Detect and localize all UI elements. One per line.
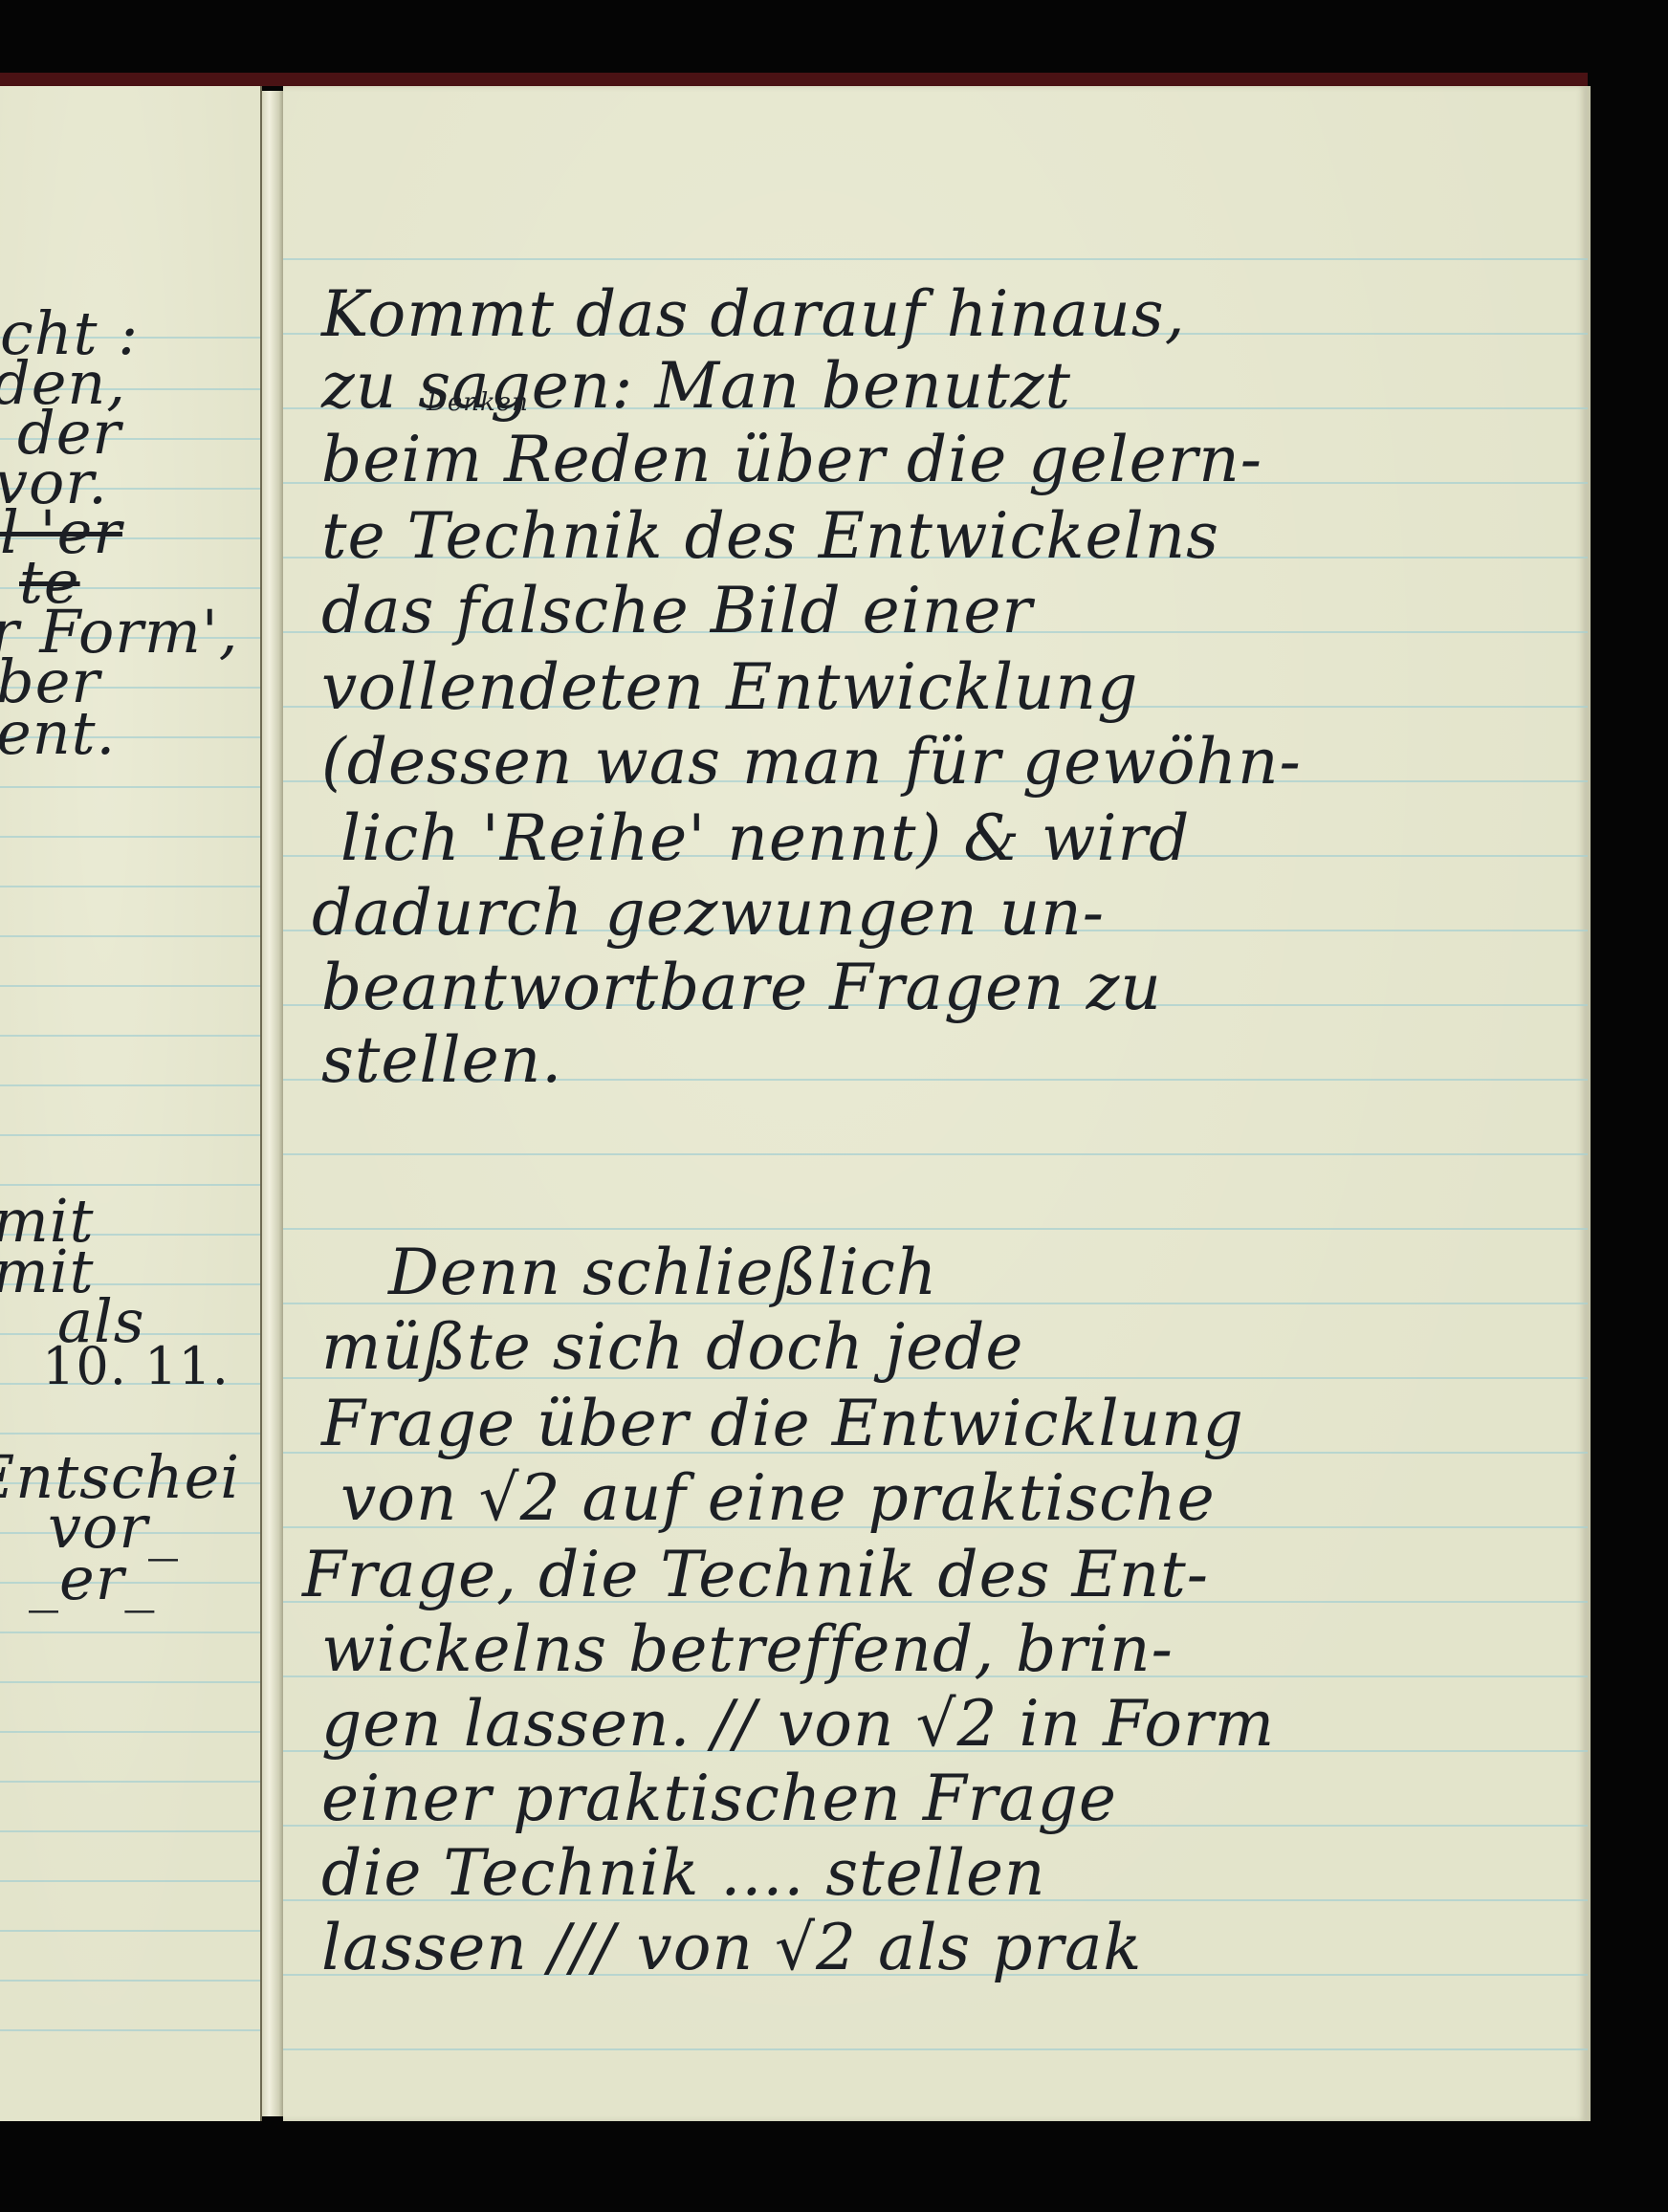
- handwritten-line: (dessen was man für gewöhn-: [321, 725, 1302, 799]
- ruled-line: [0, 1681, 260, 1683]
- handwritten-line: Frage über die Entwicklung: [321, 1387, 1244, 1460]
- ruled-line: [0, 2029, 260, 2031]
- ruled-line: [0, 1134, 260, 1136]
- ruled-line: [0, 1930, 260, 1932]
- handwritten-line: zu sagen: Man benutzt: [321, 349, 1071, 423]
- ruled-line: [0, 1433, 260, 1435]
- ruled-line: [0, 1880, 260, 1882]
- handwritten-line: Denn schließlich: [388, 1236, 937, 1309]
- handwritten-line: beantwortbare Fragen zu: [321, 951, 1162, 1024]
- ruled-line: [0, 1781, 260, 1783]
- ruled-line: [283, 258, 1588, 260]
- ruled-line: [0, 1084, 260, 1086]
- handwritten-line: gen lassen. // von √2 in Form: [321, 1687, 1275, 1761]
- handwritten-line: von √2 auf eine praktische: [340, 1461, 1216, 1535]
- book-gutter: [262, 91, 283, 2116]
- handwritten-line: Kommt das darauf hinaus,: [321, 277, 1186, 351]
- handwritten-line: dadurch gezwungen un-: [312, 876, 1105, 950]
- date-entry: 10. 11.: [42, 1336, 230, 1396]
- handwritten-line: das falsche Bild einer: [321, 574, 1033, 647]
- ruled-line: [0, 886, 260, 887]
- ruled-line: [0, 786, 260, 788]
- cover-edge-right: [277, 73, 1588, 86]
- ruled-line: [0, 836, 260, 838]
- handwritten-line: _er_: [29, 1544, 155, 1613]
- right-page: Kommt das darauf hinaus, Denken zu sagen…: [283, 86, 1591, 2121]
- handwritten-line: stellen.: [321, 1023, 562, 1097]
- handwritten-line: die Technik .... stellen: [321, 1836, 1046, 1910]
- left-page: cht : den, der vor. l 'er te r Form', be…: [0, 86, 262, 2121]
- handwritten-line: ent.: [0, 698, 116, 768]
- handwritten-line: müßte sich doch jede: [321, 1310, 1023, 1384]
- ruled-line: [283, 1153, 1588, 1155]
- handwritten-line: beim Reden über die gelern-: [321, 423, 1262, 496]
- ruled-line: [0, 1830, 260, 1832]
- ruled-line: [0, 1632, 260, 1633]
- ruled-line: [0, 1035, 260, 1037]
- ruled-line: [0, 935, 260, 937]
- cover-edge-left: [0, 73, 277, 86]
- ruled-line: [0, 985, 260, 987]
- ruled-line: [283, 1228, 1588, 1230]
- handwritten-line: vollendeten Entwicklung: [321, 650, 1138, 724]
- handwritten-line: einer praktischen Frage: [321, 1762, 1117, 1835]
- ruled-line: [283, 2048, 1588, 2050]
- handwritten-line: Frage, die Technik des Ent-: [302, 1538, 1209, 1611]
- handwritten-line: wickelns betreffend, brin-: [321, 1612, 1174, 1686]
- handwritten-line: lassen /// von √2 als prak: [321, 1911, 1142, 1984]
- handwritten-line: te Technik des Entwickelns: [321, 499, 1219, 573]
- handwritten-line: lich 'Reihe' nennt) & wird: [340, 801, 1190, 875]
- ruled-line: [0, 1980, 260, 1982]
- ruled-line: [0, 1731, 260, 1733]
